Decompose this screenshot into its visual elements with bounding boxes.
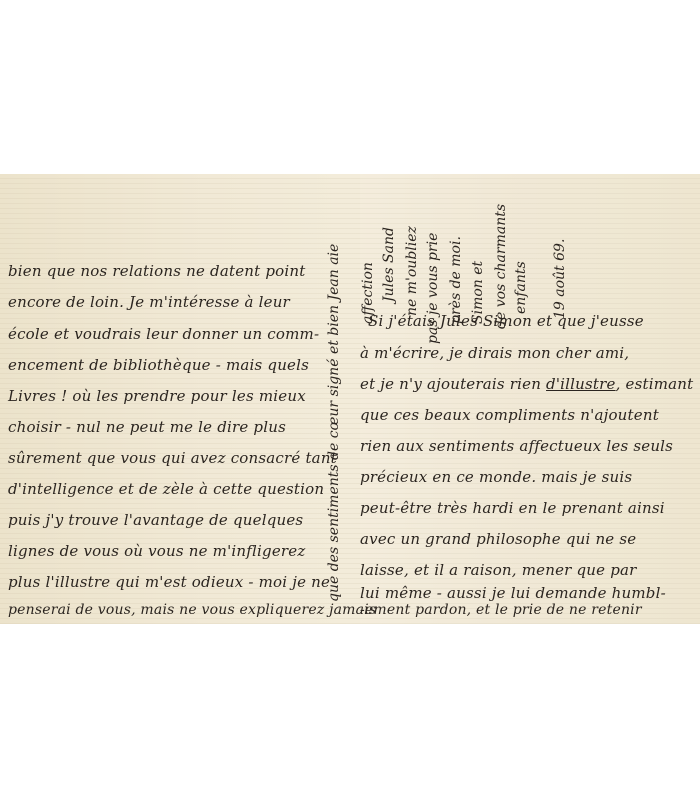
left-line-7: sûrement que vous qui avez consacré tant <box>8 449 337 467</box>
right-line-11: -ement pardon, et le prie de ne retenir <box>360 602 642 618</box>
letter-paper: bien que nos relations ne datent point e… <box>0 174 700 624</box>
letter-date: 19 août 69. <box>552 239 568 319</box>
left-line-2: encore de loin. Je m'intéresse à leur <box>8 293 290 311</box>
right-line-3: et je n'y ajouterais rien d'illustre, es… <box>360 375 693 393</box>
left-line-11: plus l'illustre qui m'est odieux - moi j… <box>8 573 330 591</box>
left-line-8: d'intelligence et de zèle à cette questi… <box>8 480 324 498</box>
right-line-4: que ces beaux compliments n'ajoutent <box>360 406 659 424</box>
right-line-6: précieux en ce monde. mais je suis <box>360 468 632 486</box>
right-line-7: peut-être très hardi en le prenant ainsi <box>360 499 665 517</box>
right-line-1: Si j'étais Jules Simon et que j'eusse <box>368 312 644 330</box>
closing-line-8: enfants <box>513 261 529 314</box>
underlined-word: d'illustre <box>546 375 616 393</box>
right-line-5: rien aux sentiments affectueux les seuls <box>360 437 673 455</box>
left-line-6: choisir - nul ne peut me le dire plus <box>8 418 286 436</box>
closing-line-5: près de moi. <box>448 236 464 324</box>
left-margin-vertical-text: que des sentiments de cœur signé et bien… <box>326 244 342 602</box>
left-line-5: Livres ! où les prendre pour les mieux <box>8 387 306 405</box>
right-line-10: lui même - aussi je lui demande humbl- <box>360 584 666 602</box>
right-line-2: à m'écrire, je dirais mon cher ami, <box>360 344 629 362</box>
left-line-9: puis j'y trouve l'avantage de quelques <box>8 511 303 529</box>
right-line-3-text: et je n'y ajouterais rien <box>360 375 546 393</box>
right-line-8: avec un grand philosophe qui ne se <box>360 530 636 548</box>
closing-line-3: ne m'oubliez <box>404 226 420 316</box>
right-line-3-tail: , estimant <box>616 375 694 393</box>
right-line-9: laisse, et il a raison, mener que par <box>360 561 637 579</box>
closing-line-2: Jules Sand <box>381 227 397 302</box>
closing-line-7: de vos charmants <box>493 204 509 329</box>
left-line-3: école et voudrais leur donner un comm- <box>8 325 319 343</box>
left-line-12: penserai de vous, mais ne vous expliquer… <box>8 602 376 618</box>
left-line-10: lignes de vous où vous ne m'infligerez <box>8 542 305 560</box>
left-line-1: bien que nos relations ne datent point <box>8 262 305 280</box>
left-line-4: encement de bibliothèque - mais quels <box>8 356 309 374</box>
